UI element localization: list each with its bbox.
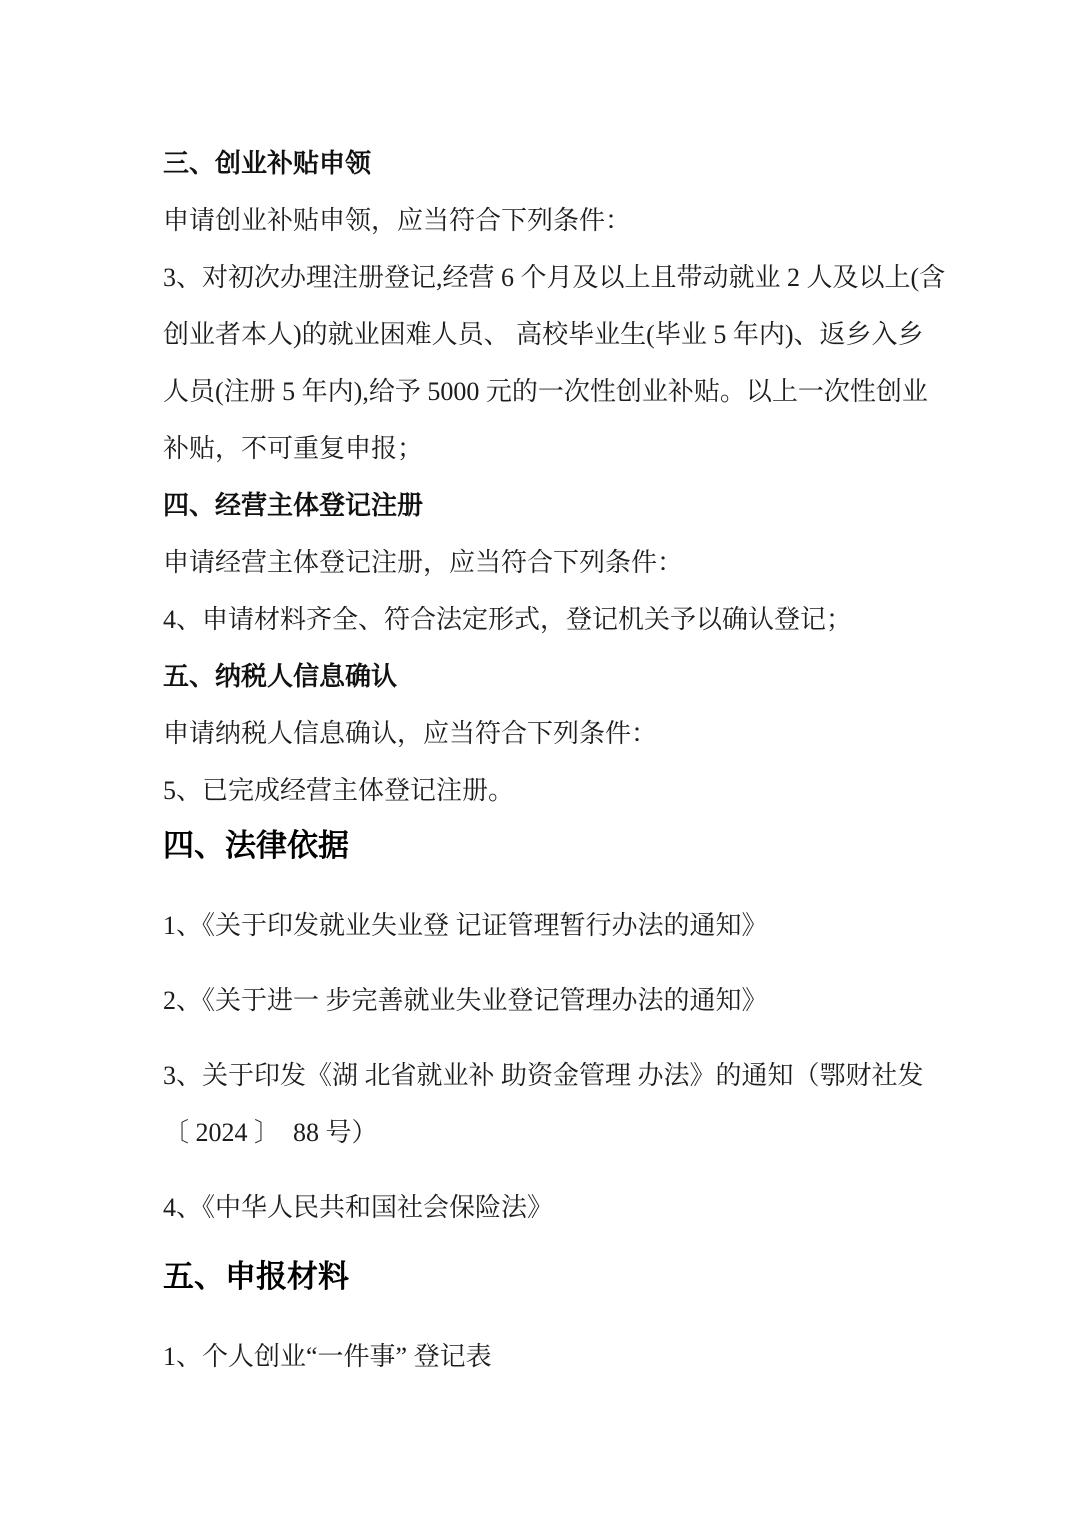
text-line: 2、《关于进一 步完善就业失业登记管理办法的通知》 (163, 972, 938, 1029)
text-line: 〔 2024 〕 88 号） (163, 1104, 938, 1161)
heading-text: 五、纳税人信息确认 (163, 648, 938, 705)
text-line: 申请经营主体登记注册，应当符合下列条件： (163, 534, 938, 591)
text-line: 4、申请材料齐全、符合法定形式，登记机关予以确认登记； (163, 591, 938, 648)
list-item: 4、《中华人民共和国社会保险法》 (163, 1179, 938, 1236)
paragraph: 4、申请材料齐全、符合法定形式，登记机关予以确认登记； (163, 591, 938, 648)
list-item: 2、《关于进一 步完善就业失业登记管理办法的通知》 (163, 972, 938, 1029)
paragraph: 申请创业补贴申领，应当符合下列条件： (163, 192, 938, 249)
chapter-heading-legal-basis: 四、法律依据 (163, 823, 938, 869)
paragraph: 申请经营主体登记注册，应当符合下列条件： (163, 534, 938, 591)
text-line: 申请创业补贴申领，应当符合下列条件： (163, 192, 938, 249)
chapter-heading-application-materials: 五、申报材料 (163, 1254, 938, 1300)
paragraph: 5、已完成经营主体登记注册。 (163, 762, 938, 819)
text-line: 3、对初次办理注册登记,经营 6 个月及以上且带动就业 2 人及以上(含 (163, 249, 938, 306)
text-line: 1、个人创业“一件事” 登记表 (163, 1328, 938, 1385)
text-line: 补贴，不可重复申报； (163, 420, 938, 477)
paragraph: 3、对初次办理注册登记,经营 6 个月及以上且带动就业 2 人及以上(含 创业者… (163, 249, 938, 477)
section-heading-business-registration: 四、经营主体登记注册 (163, 477, 938, 534)
paragraph: 申请纳税人信息确认，应当符合下列条件： (163, 705, 938, 762)
section-heading-startup-subsidy: 三、创业补贴申领 (163, 135, 938, 192)
text-line: 1、《关于印发就业失业登 记证管理暂行办法的通知》 (163, 897, 938, 954)
list-item: 1、《关于印发就业失业登 记证管理暂行办法的通知》 (163, 897, 938, 954)
text-line: 3、关于印发《湖 北省就业补 助资金管理 办法》的通知（鄂财社发 (163, 1047, 938, 1104)
document-page: 三、创业补贴申领 申请创业补贴申领，应当符合下列条件： 3、对初次办理注册登记,… (0, 0, 1074, 1520)
text-line: 创业者本人)的就业困难人员、 高校毕业生(毕业 5 年内)、返乡入乡 (163, 306, 938, 363)
text-line: 5、已完成经营主体登记注册。 (163, 762, 938, 819)
document-body: 三、创业补贴申领 申请创业补贴申领，应当符合下列条件： 3、对初次办理注册登记,… (163, 135, 938, 1403)
section-heading-taxpayer-info: 五、纳税人信息确认 (163, 648, 938, 705)
text-line: 人员(注册 5 年内),给予 5000 元的一次性创业补贴。以上一次性创业 (163, 363, 938, 420)
heading-text: 三、创业补贴申领 (163, 135, 938, 192)
list-item: 3、关于印发《湖 北省就业补 助资金管理 办法》的通知（鄂财社发 〔 2024 … (163, 1047, 938, 1161)
text-line: 4、《中华人民共和国社会保险法》 (163, 1179, 938, 1236)
list-item: 1、个人创业“一件事” 登记表 (163, 1328, 938, 1385)
text-line: 申请纳税人信息确认，应当符合下列条件： (163, 705, 938, 762)
heading-text: 四、经营主体登记注册 (163, 477, 938, 534)
